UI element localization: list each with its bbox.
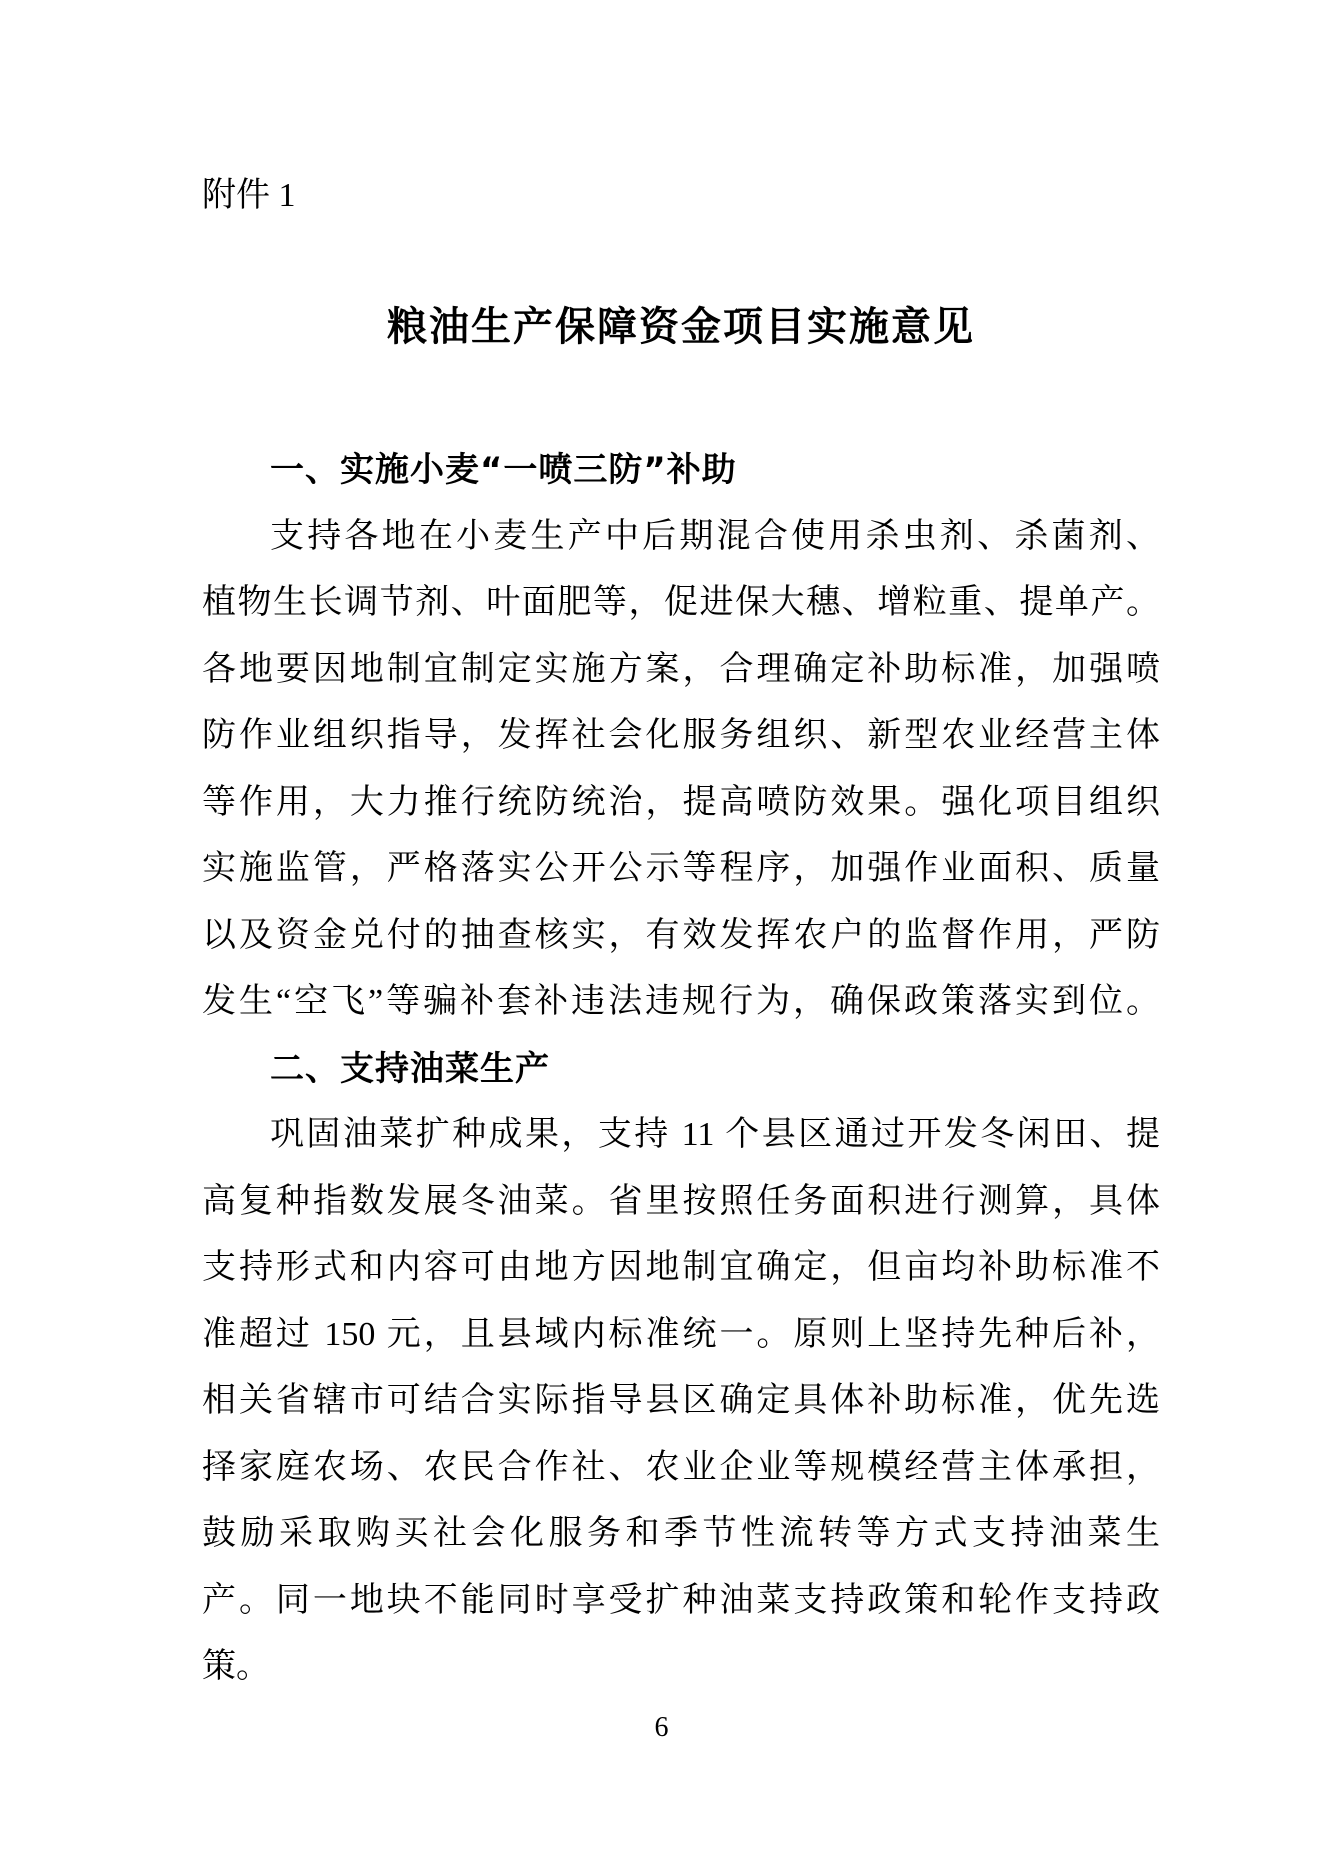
body-line: 发生“空飞”等骗补套补违法违规行为，确保政策落实到位。 [202, 969, 1160, 1036]
section-2-heading: 二、支持油菜生产 [202, 1036, 1160, 1103]
body-line: 策。 [202, 1634, 1160, 1701]
body-line: 巩固油菜扩种成果，支持 11 个县区通过开发冬闲田、提 [202, 1102, 1160, 1169]
body-line: 以及资金兑付的抽查核实，有效发挥农户的监督作用，严防 [202, 903, 1160, 970]
body-line: 支持各地在小麦生产中后期混合使用杀虫剂、杀菌剂、 [202, 504, 1160, 571]
body-line: 实施监管，严格落实公开公示等程序，加强作业面积、质量 [202, 836, 1160, 903]
document-page: 附件 1 粮油生产保障资金项目实施意见 一、实施小麦“一喷三防”补助 支持各地在… [0, 0, 1323, 1871]
body-line: 防作业组织指导，发挥社会化服务组织、新型农业经营主体 [202, 703, 1160, 770]
body-line: 支持形式和内容可由地方因地制宜确定，但亩均补助标准不 [202, 1235, 1160, 1302]
body-line: 各地要因地制宜制定实施方案，合理确定补助标准，加强喷 [202, 637, 1160, 704]
body-line: 准超过 150 元，且县域内标准统一。原则上坚持先种后补， [202, 1302, 1160, 1369]
attachment-label: 附件 1 [202, 176, 296, 216]
body-line: 高复种指数发展冬油菜。省里按照任务面积进行测算，具体 [202, 1169, 1160, 1236]
body-line: 鼓励采取购买社会化服务和季节性流转等方式支持油菜生 [202, 1501, 1160, 1568]
page-number: 6 [0, 1712, 1323, 1744]
body-line: 植物生长调节剂、叶面肥等，促进保大穗、增粒重、提单产。 [202, 570, 1160, 637]
body-line: 择家庭农场、农民合作社、农业企业等规模经营主体承担， [202, 1435, 1160, 1502]
document-title: 粮油生产保障资金项目实施意见 [202, 303, 1160, 351]
body-line: 相关省辖市可结合实际指导县区确定具体补助标准，优先选 [202, 1368, 1160, 1435]
document-body: 一、实施小麦“一喷三防”补助 支持各地在小麦生产中后期混合使用杀虫剂、杀菌剂、 … [202, 437, 1160, 1701]
body-line: 等作用，大力推行统防统治，提高喷防效果。强化项目组织 [202, 770, 1160, 837]
body-line: 产。同一地块不能同时享受扩种油菜支持政策和轮作支持政 [202, 1568, 1160, 1635]
section-1-heading: 一、实施小麦“一喷三防”补助 [202, 437, 1160, 504]
